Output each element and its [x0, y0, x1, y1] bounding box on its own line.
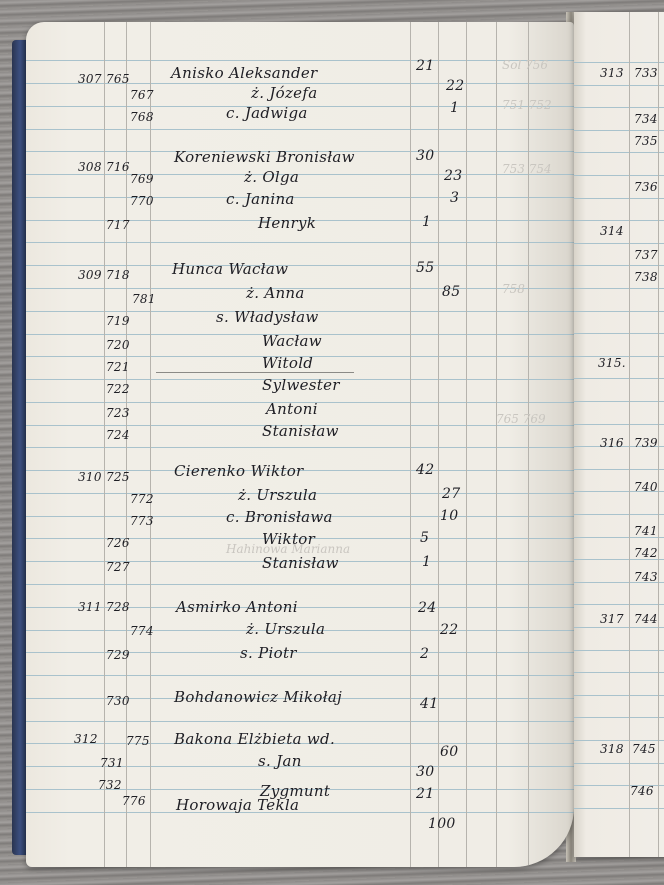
ruled-line — [26, 197, 574, 198]
ruled-line — [574, 717, 664, 718]
ruled-line — [574, 333, 664, 334]
ruled-line — [574, 627, 664, 628]
person-number: 765 — [106, 72, 130, 86]
person-name: ż. Urszula — [238, 486, 317, 504]
age-male: 21 — [416, 58, 434, 74]
house-number: 314 — [600, 224, 624, 238]
person-number: 727 — [106, 560, 130, 574]
ruled-line — [26, 584, 574, 585]
person-name: ż. Urszula — [246, 620, 325, 638]
column-line — [438, 22, 439, 867]
person-name: Anisko Aleksander — [171, 64, 318, 82]
ruled-line — [574, 514, 664, 515]
person-number: 742 — [634, 546, 658, 560]
person-name: Horowaja Tekla — [176, 796, 299, 814]
ruled-line — [26, 174, 574, 175]
person-number: 735 — [634, 134, 658, 148]
bleed-through-mark: 758 — [502, 282, 525, 296]
person-name: Bakona Elżbieta wd. — [174, 730, 335, 748]
ruled-line — [574, 695, 664, 696]
ruled-line — [26, 447, 574, 448]
person-number: 743 — [634, 570, 658, 584]
person-number: 731 — [100, 756, 124, 770]
person-number: 736 — [634, 180, 658, 194]
ruled-line — [574, 378, 664, 379]
ruled-line — [574, 763, 664, 764]
person-name: c. Jadwiga — [226, 104, 308, 122]
age-female: 23 — [444, 168, 462, 184]
ruled-line — [26, 60, 574, 61]
person-name: Koreniewski Bronisław — [174, 148, 355, 166]
person-number: 744 — [634, 612, 658, 626]
person-number: 733 — [634, 66, 658, 80]
person-number: 725 — [106, 470, 130, 484]
ledger-right-page: 313 733 734 735 736 314 737 738 315. 316… — [574, 12, 664, 857]
ruled-line — [574, 469, 664, 470]
sub-number: 769 — [130, 172, 154, 186]
person-number: 737 — [634, 248, 658, 262]
person-name: Henryk — [258, 214, 316, 232]
age-male: 21 — [416, 786, 434, 802]
person-name: Hunca Wacław — [172, 260, 288, 278]
column-line — [150, 22, 151, 867]
column-line — [104, 22, 105, 867]
person-number: 726 — [106, 536, 130, 550]
ruled-line — [574, 288, 664, 289]
age-male: 30 — [416, 764, 434, 780]
age-male: 2 — [420, 646, 429, 662]
house-number: 307 — [78, 72, 102, 86]
person-number: 724 — [106, 428, 130, 442]
person-number: 746 — [630, 784, 654, 798]
ruled-line — [574, 175, 664, 176]
ruled-line — [26, 721, 574, 722]
person-name: Stanisław — [262, 422, 339, 440]
age-male: 42 — [416, 462, 434, 478]
person-number: 716 — [106, 160, 130, 174]
age-female: 10 — [440, 508, 458, 524]
person-number: 732 — [98, 778, 122, 792]
ruled-line — [574, 62, 664, 63]
house-number: 311 — [78, 600, 102, 614]
person-name: ż. Józefa — [251, 84, 317, 102]
house-number: 315. — [598, 356, 626, 370]
age-male: 55 — [416, 260, 434, 276]
person-number: 775 — [126, 734, 150, 748]
person-name: ż. Anna — [246, 284, 305, 302]
person-number: 721 — [106, 360, 130, 374]
person-name: Bohdanowicz Mikołaj — [174, 688, 342, 706]
sub-number: 768 — [130, 110, 154, 124]
person-name: s. Władysław — [216, 308, 318, 326]
ruled-line — [26, 129, 574, 130]
person-name: Witold — [262, 354, 313, 372]
person-name: Antoni — [266, 400, 318, 418]
ruled-line — [574, 107, 664, 108]
house-number: 309 — [78, 268, 102, 282]
house-number: 313 — [600, 66, 624, 80]
person-number: 722 — [106, 382, 130, 396]
age-male: 5 — [420, 530, 429, 546]
ruled-line — [574, 401, 664, 402]
age-female: 3 — [450, 190, 459, 206]
column-line — [410, 22, 411, 867]
ruled-line — [26, 242, 574, 243]
ruled-line — [574, 243, 664, 244]
age-female: 100 — [428, 816, 456, 832]
person-name: c. Janina — [226, 190, 295, 208]
person-name: s. Piotr — [240, 644, 297, 662]
person-number: 723 — [106, 406, 130, 420]
ruled-line — [26, 812, 574, 813]
underline — [156, 372, 354, 373]
sub-number: 770 — [130, 194, 154, 208]
ruled-line — [574, 650, 664, 651]
house-number: 310 — [78, 470, 102, 484]
age-female: 22 — [440, 622, 458, 638]
ruled-line — [26, 675, 574, 676]
house-number: 316 — [600, 436, 624, 450]
sub-number: 781 — [132, 292, 156, 306]
bleed-through-mark: 751 752 — [502, 98, 552, 112]
age-female: 85 — [442, 284, 460, 300]
person-number: 719 — [106, 314, 130, 328]
house-number: 318 — [600, 742, 624, 756]
person-number: 717 — [106, 218, 130, 232]
person-number: 738 — [634, 270, 658, 284]
person-number: 741 — [634, 524, 658, 538]
bleed-through-mark: 753 754 — [502, 162, 552, 176]
column-line — [496, 22, 497, 867]
column-line — [658, 12, 659, 857]
age-male: 1 — [422, 214, 431, 230]
column-line — [629, 12, 630, 857]
age-female: 22 — [446, 78, 464, 94]
house-number: 308 — [78, 160, 102, 174]
ruled-line — [26, 265, 574, 266]
person-number: 745 — [632, 742, 656, 756]
sub-number: 772 — [130, 492, 154, 506]
person-number: 718 — [106, 268, 130, 282]
age-male: 30 — [416, 148, 434, 164]
person-number: 734 — [634, 112, 658, 126]
column-line — [528, 22, 529, 867]
ruled-line — [574, 740, 664, 741]
ruled-line — [574, 311, 664, 312]
bleed-through-mark: Hahinowa Marianna — [226, 542, 350, 556]
ruled-line — [574, 220, 664, 221]
sub-number: 774 — [130, 624, 154, 638]
ledger-left-page: 307 765 Anisko Aleksander 21 767 ż. Józe… — [26, 22, 574, 867]
age-male: 41 — [420, 696, 438, 712]
bleed-through-mark: Sol 756 — [502, 58, 548, 72]
ruled-line — [574, 85, 664, 86]
house-number: 317 — [600, 612, 624, 626]
person-name: Sylwester — [262, 376, 340, 394]
person-name: Wacław — [262, 332, 322, 350]
ruled-line — [574, 424, 664, 425]
age-male: 24 — [418, 600, 436, 616]
ruled-line — [574, 672, 664, 673]
person-name: Stanisław — [262, 554, 339, 572]
sub-number: 767 — [130, 88, 154, 102]
age-male: 1 — [422, 554, 431, 570]
person-number: 739 — [634, 436, 658, 450]
ruled-line — [574, 265, 664, 266]
ruled-line — [574, 130, 664, 131]
person-number: 720 — [106, 338, 130, 352]
person-number: 740 — [634, 480, 658, 494]
house-number: 312 — [74, 732, 98, 746]
ruled-line — [574, 604, 664, 605]
sub-number: 773 — [130, 514, 154, 528]
age-female: 1 — [450, 100, 459, 116]
person-number: 728 — [106, 600, 130, 614]
person-name: ż. Olga — [244, 168, 299, 186]
person-name: Asmirko Antoni — [176, 598, 298, 616]
ruled-line — [574, 198, 664, 199]
person-number: 730 — [106, 694, 130, 708]
ruled-line — [574, 152, 664, 153]
column-line — [466, 22, 467, 867]
person-number: 729 — [106, 648, 130, 662]
age-female: 60 — [440, 744, 458, 760]
person-name: s. Jan — [258, 752, 302, 770]
person-name: Cierenko Wiktor — [174, 462, 304, 480]
age-female: 27 — [442, 486, 460, 502]
person-name: c. Bronisława — [226, 508, 333, 526]
sub-number: 776 — [122, 794, 146, 808]
ruled-line — [574, 808, 664, 809]
bleed-through-mark: 765 769 — [496, 412, 546, 426]
